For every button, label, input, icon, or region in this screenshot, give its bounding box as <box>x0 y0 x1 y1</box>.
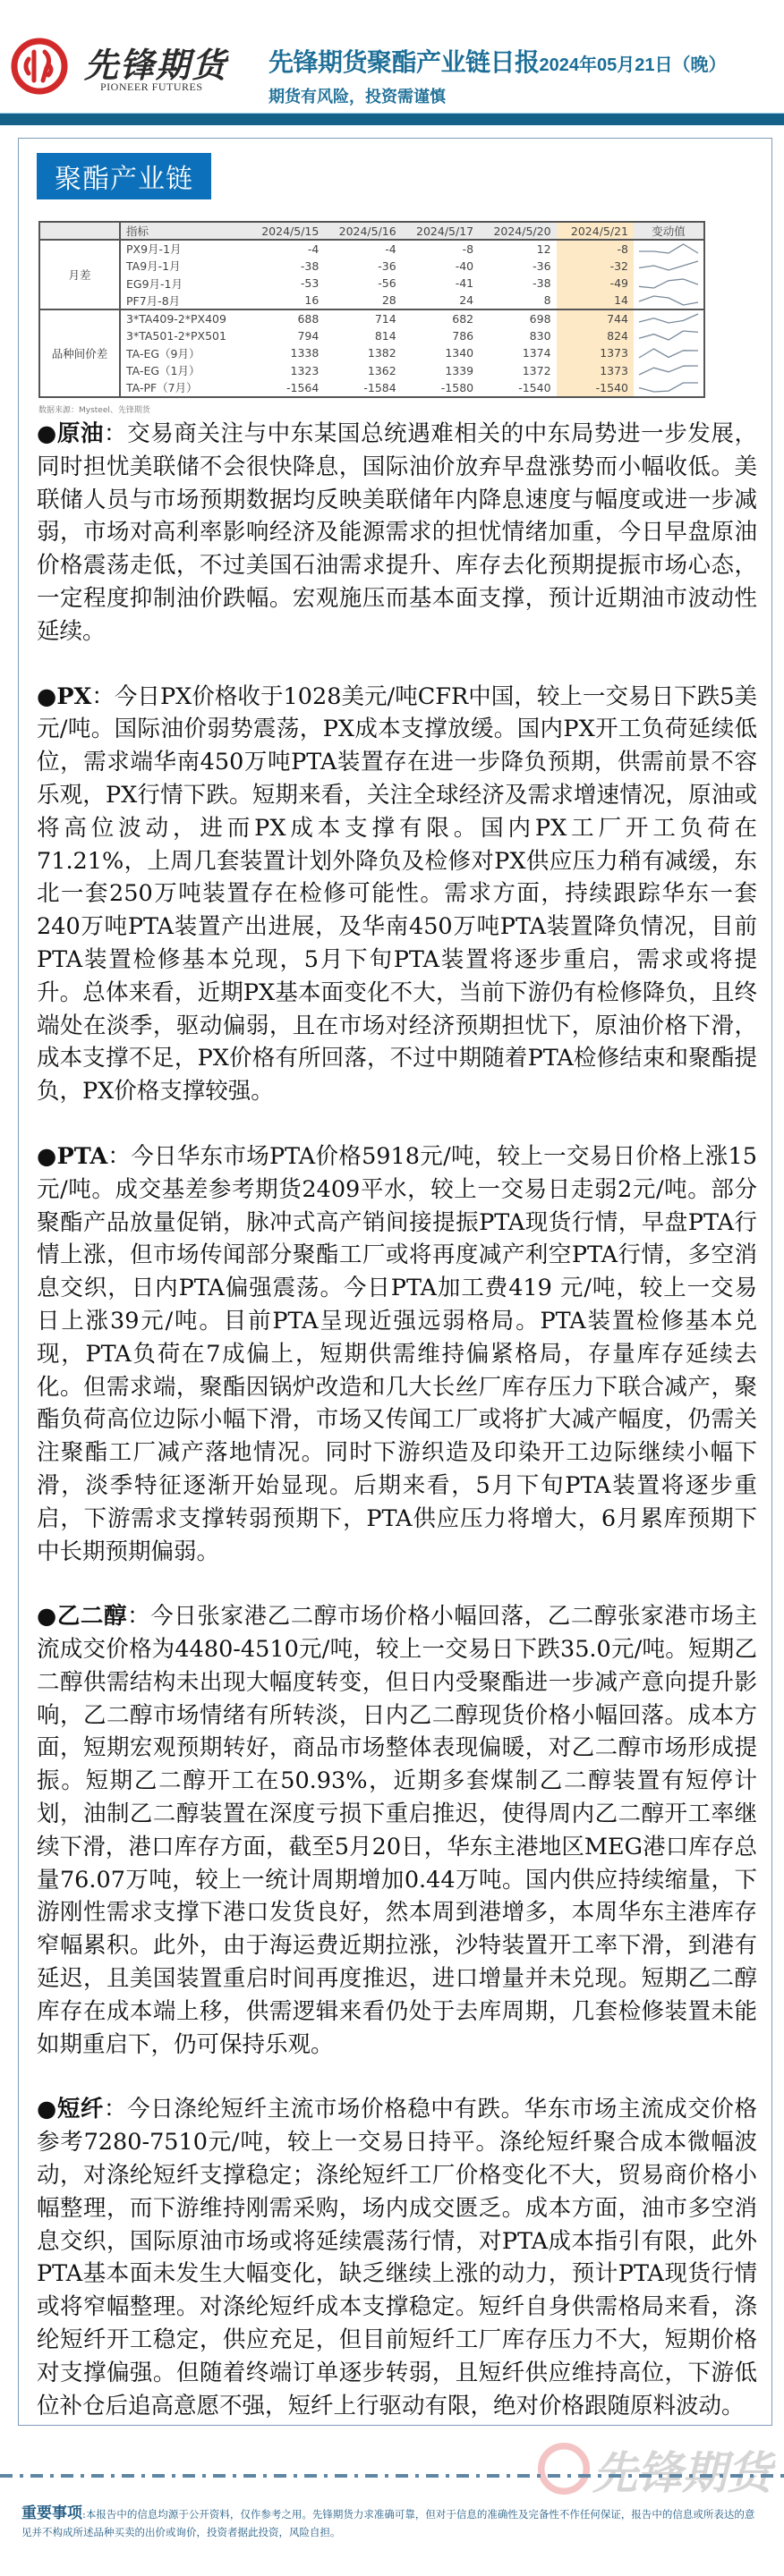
spread-table: 指标 2024/5/15 2024/5/16 2024/5/17 2024/5/… <box>38 221 705 398</box>
value-cell: 824 <box>557 327 634 345</box>
value-cell: -38 <box>247 258 324 275</box>
value-cell: -49 <box>557 275 634 292</box>
value-cell: 1382 <box>324 344 401 362</box>
table-row: TA-PF（7月）-1564-1584-1580-1540-1540 <box>39 379 704 397</box>
paragraph-text: ：今日张家港乙二醇市场价格小幅回落，乙二醇张家港市场主流成交价格为4480-45… <box>37 1603 757 2057</box>
sparkline-cell <box>634 309 704 327</box>
spread-table-container: 指标 2024/5/15 2024/5/16 2024/5/17 2024/5/… <box>38 221 705 415</box>
table-header-date: 2024/5/20 <box>479 222 556 240</box>
value-cell: 698 <box>479 309 556 327</box>
paragraph-label: 原油 <box>57 420 104 447</box>
value-cell: -36 <box>324 258 401 275</box>
value-cell: 794 <box>247 327 324 345</box>
paragraph-text: ：交易商关注与中东某国总统遇难相关的中东局势进一步发展，同时担忧美联储不会很快降… <box>37 420 757 645</box>
table-header-date-latest: 2024/5/21 <box>557 222 634 240</box>
value-cell: 1362 <box>324 362 401 380</box>
value-cell: -36 <box>479 258 556 275</box>
commentary: ●原油：交易商关注与中东某国总统遇难相关的中东局势进一步发展，同时担忧美联储不会… <box>37 418 757 2454</box>
sparkline-cell <box>634 327 704 345</box>
sparkline-cell <box>634 258 704 275</box>
sparkline-icon <box>637 294 700 307</box>
paragraph-px: ●PX：今日PX价格收于1028美元/吨CFR中国，较上一交易日下跌5美元/吨。… <box>37 681 757 1108</box>
report-title: 先锋期货聚酯产业链日报 <box>268 47 540 77</box>
content-panel: 聚酯产业链 指标 2024/5/15 2024/5/16 2024/5/17 2… <box>18 138 772 2426</box>
footer-dashed-divider <box>0 2474 784 2478</box>
value-cell: -53 <box>247 275 324 292</box>
header-divider-bar <box>0 113 784 125</box>
sparkline-icon <box>637 381 700 394</box>
value-cell: -4 <box>247 240 324 258</box>
report-header: 先锋期货 PIONEER FUTURES 先锋期货聚酯产业链日报2024年05月… <box>0 0 784 112</box>
value-cell: -1540 <box>479 379 556 397</box>
value-cell: 8 <box>479 292 556 310</box>
value-cell: 12 <box>479 240 556 258</box>
value-cell: 1340 <box>402 344 479 362</box>
value-cell: -32 <box>557 258 634 275</box>
value-cell: -40 <box>402 258 479 275</box>
value-cell: 1373 <box>557 362 634 380</box>
value-cell: 786 <box>402 327 479 345</box>
value-cell: 24 <box>402 292 479 310</box>
table-row: 3*TA501-2*PX501794814786830824 <box>39 327 704 345</box>
value-cell: 1338 <box>247 344 324 362</box>
value-cell: 688 <box>247 309 324 327</box>
paragraph-pta: ●PTA：今日华东市场PTA价格5918元/吨，较上一交易日价格上涨15元/吨。… <box>37 1140 757 1568</box>
row-group-label: 月差 <box>39 240 120 309</box>
value-cell: 744 <box>557 309 634 327</box>
paragraph-ethylene-glycol: ●乙二醇：今日张家港乙二醇市场价格小幅回落，乙二醇张家港市场主流成交价格为448… <box>37 1600 757 2061</box>
logo-chinese-name: 先锋期货 <box>84 38 227 87</box>
value-cell: 1323 <box>247 362 324 380</box>
table-header-date: 2024/5/17 <box>402 222 479 240</box>
paragraph-text: ：今日PX价格收于1028美元/吨CFR中国，较上一交易日下跌5美元/吨。国际油… <box>37 683 757 1106</box>
value-cell: 1373 <box>557 344 634 362</box>
sparkline-cell <box>634 292 704 310</box>
sparkline-icon <box>637 364 700 377</box>
pioneer-logo-icon <box>537 2442 591 2495</box>
disclaimer: 重要事项:本报告中的信息均源于公开资料，仅作参考之用。先锋期货力求准确可靠，但对… <box>21 2504 764 2541</box>
paragraph-label: 乙二醇 <box>57 1603 127 1630</box>
value-cell: 1374 <box>479 344 556 362</box>
disclaimer-text: :本报告中的信息均源于公开资料，仅作参考之用。先锋期货力求准确可靠，但对于信息的… <box>21 2508 754 2538</box>
data-source: 数据来源：Mysteel、先锋期货 <box>38 403 705 415</box>
table-header-group <box>39 222 120 240</box>
table-row: TA-EG（1月）13231362133913721373 <box>39 362 704 380</box>
value-cell: -1564 <box>247 379 324 397</box>
sparkline-icon <box>637 347 700 360</box>
table-header-date: 2024/5/16 <box>324 222 401 240</box>
value-cell: -1584 <box>324 379 401 397</box>
watermark-text: 先锋期货 <box>592 2437 771 2502</box>
paragraph-text: ：今日华东市场PTA价格5918元/吨，较上一交易日价格上涨15元/吨。成交基差… <box>37 1143 757 1565</box>
value-cell: -8 <box>557 240 634 258</box>
value-cell: -8 <box>402 240 479 258</box>
table-row: EG9月-1月-53-56-41-38-49 <box>39 275 704 292</box>
value-cell: -4 <box>324 240 401 258</box>
indicator-cell: TA9月-1月 <box>120 258 247 275</box>
value-cell: -38 <box>479 275 556 292</box>
value-cell: 1372 <box>479 362 556 380</box>
table-header-indicator: 指标 <box>120 222 247 240</box>
section-title: 聚酯产业链 <box>37 153 211 199</box>
sparkline-cell <box>634 362 704 380</box>
paragraph-text: ：今日涤纶短纤主流市场价格稳中有跌。华东市场主流成交价格参考7280-7510元… <box>37 2096 757 2419</box>
paragraph-label: PTA <box>57 1143 108 1170</box>
company-logo: 先锋期货 PIONEER FUTURES <box>11 36 234 98</box>
table-row: 月差PX9月-1月-4-4-812-8 <box>39 240 704 258</box>
table-row: 品种间价差3*TA409-2*PX409688714682698744 <box>39 309 704 327</box>
value-cell: 16 <box>247 292 324 310</box>
disclaimer-label: 重要事项 <box>21 2504 82 2522</box>
pioneer-logo-icon <box>11 38 68 95</box>
value-cell: 814 <box>324 327 401 345</box>
value-cell: -56 <box>324 275 401 292</box>
table-header-row: 指标 2024/5/15 2024/5/16 2024/5/17 2024/5/… <box>39 222 704 240</box>
value-cell: 14 <box>557 292 634 310</box>
paragraph-label: PX <box>56 683 91 710</box>
table-row: PF7月-8月162824814 <box>39 292 704 310</box>
sparkline-icon <box>637 329 700 342</box>
table-row: TA-EG（9月）13381382134013741373 <box>39 344 704 362</box>
report-date: 2024年05月21日（晚） <box>540 55 727 75</box>
value-cell: 1339 <box>402 362 479 380</box>
indicator-cell: 3*TA409-2*PX409 <box>120 309 247 327</box>
indicator-cell: PX9月-1月 <box>120 240 247 258</box>
value-cell: -1580 <box>402 379 479 397</box>
indicator-cell: 3*TA501-2*PX501 <box>120 327 247 345</box>
table-row: TA9月-1月-38-36-40-36-32 <box>39 258 704 275</box>
sparkline-icon <box>637 277 700 290</box>
risk-warning: 期货有风险，投资需谨慎 <box>268 84 727 107</box>
sparkline-cell <box>634 344 704 362</box>
table-header-trend: 变动值 <box>634 222 704 240</box>
value-cell: 830 <box>479 327 556 345</box>
value-cell: 28 <box>324 292 401 310</box>
sparkline-cell <box>634 275 704 292</box>
value-cell: -41 <box>402 275 479 292</box>
table-header-date: 2024/5/15 <box>247 222 324 240</box>
sparkline-cell <box>634 379 704 397</box>
value-cell: 682 <box>402 309 479 327</box>
paragraph-staple-fiber: ●短纤：今日涤纶短纤主流市场价格稳中有跌。华东市场主流成交价格参考7280-75… <box>37 2093 757 2422</box>
logo-english-name: PIONEER FUTURES <box>100 80 203 94</box>
sparkline-icon <box>637 259 700 272</box>
paragraph-crude-oil: ●原油：交易商关注与中东某国总统遇难相关的中东局势进一步发展，同时担忧美联储不会… <box>37 418 757 648</box>
indicator-cell: TA-EG（9月） <box>120 344 247 362</box>
indicator-cell: TA-PF（7月） <box>120 379 247 397</box>
value-cell: -1540 <box>557 379 634 397</box>
indicator-cell: TA-EG（1月） <box>120 362 247 380</box>
title-block: 先锋期货聚酯产业链日报2024年05月21日（晚） 期货有风险，投资需谨慎 <box>268 43 727 107</box>
sparkline-icon <box>637 242 700 255</box>
indicator-cell: EG9月-1月 <box>120 275 247 292</box>
value-cell: 714 <box>324 309 401 327</box>
indicator-cell: PF7月-8月 <box>120 292 247 310</box>
sparkline-icon <box>637 312 700 325</box>
paragraph-label: 短纤 <box>57 2096 104 2123</box>
row-group-label: 品种间价差 <box>39 309 120 397</box>
sparkline-cell <box>634 240 704 258</box>
